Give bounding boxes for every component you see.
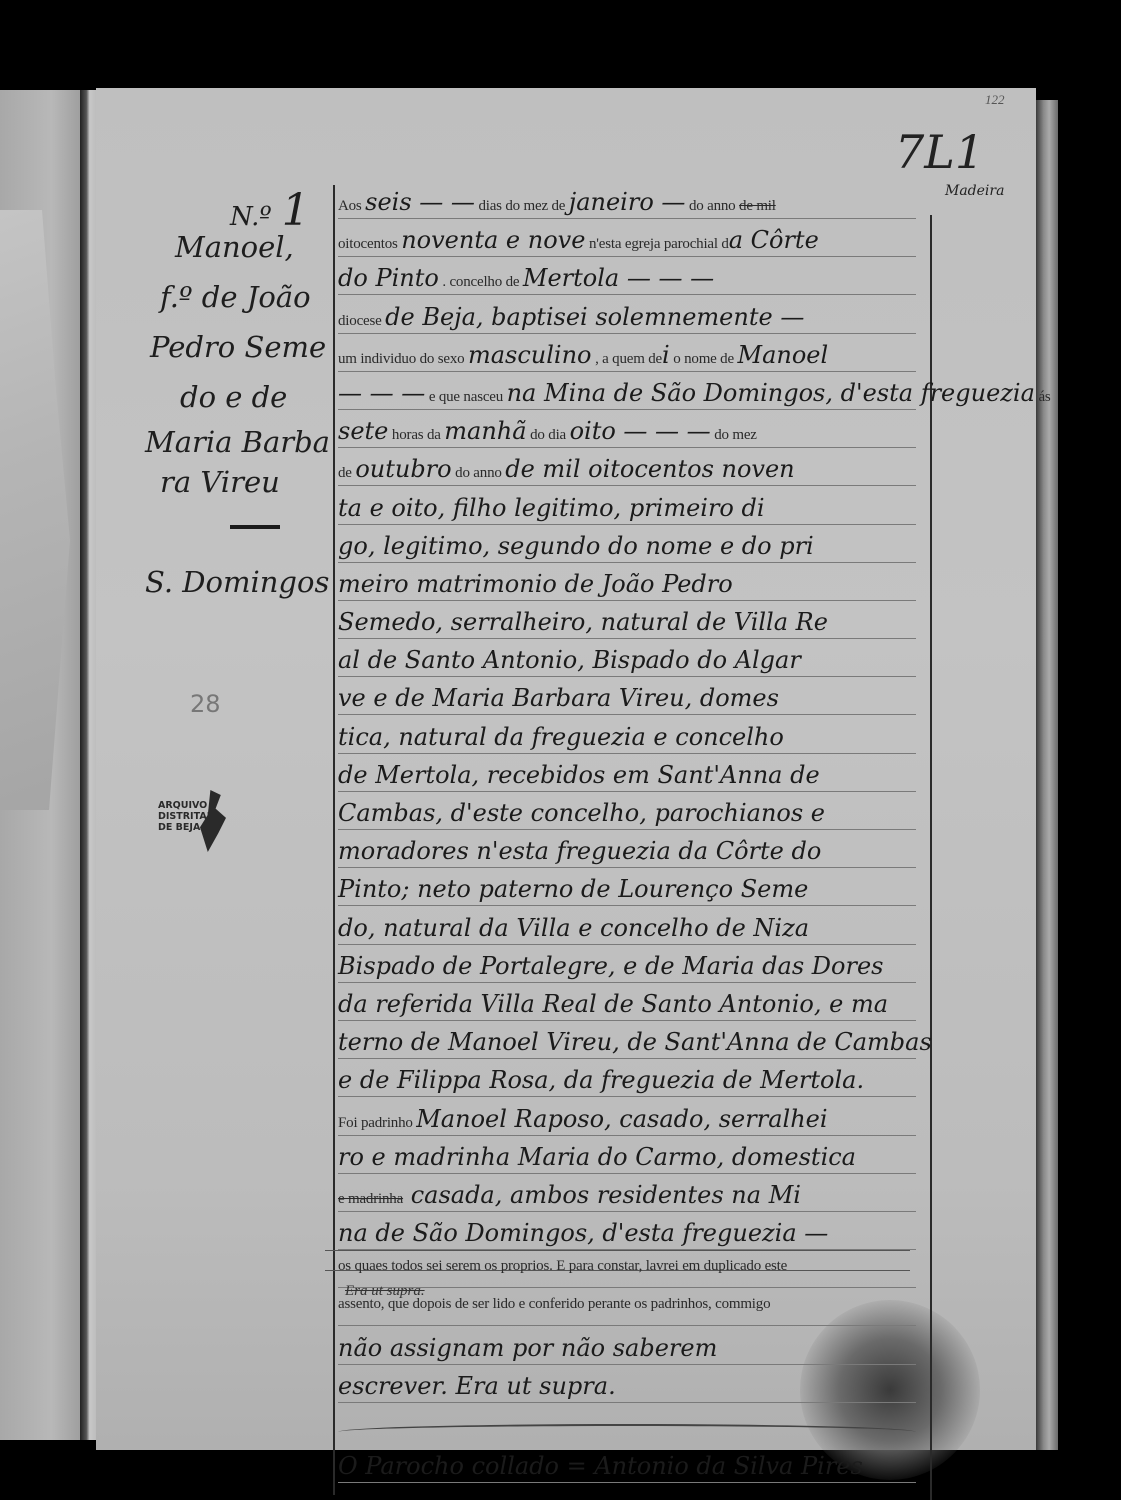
entry-line: oitocentos noventa e nove n'esta egreja … (338, 226, 916, 257)
printed-text: do anno (685, 198, 739, 214)
entry-line: Semedo, serralheiro, natural de Villa Re (338, 608, 916, 639)
printed-text: horas da (388, 427, 444, 443)
handwritten-text: ro e madrinha Maria do Carmo, domestica (338, 1143, 856, 1171)
printed-text: ás (1035, 389, 1051, 405)
handwritten-text: de mil oitocentos noven (505, 455, 794, 483)
entry-line: al de Santo Antonio, Bispado do Algar (338, 646, 916, 677)
printed-text: e que nasceu (425, 389, 506, 405)
entry-line: na de São Domingos, d'esta freguezia — (338, 1219, 916, 1250)
handwritten-text: do, natural da Villa e concelho de Niza (338, 914, 809, 942)
corner-initials: 7L1 (895, 125, 984, 179)
entry-line: moradores n'esta freguezia da Côrte do (338, 837, 916, 868)
printed-text: do anno (452, 465, 506, 481)
handwritten-text: da referida Villa Real de Santo Antonio,… (338, 990, 888, 1018)
entry-line: terno de Manoel Vireu, de Sant'Anna de C… (338, 1028, 916, 1059)
handwritten-text: na Mina de São Domingos, d'esta freguezi… (507, 379, 1035, 407)
printed-text: dias do mez de (475, 198, 569, 214)
margin-name-line: f.º de João (160, 280, 311, 314)
entry-number-label: N.º (230, 202, 272, 232)
handwritten-text: al de Santo Antonio, Bispado do Algar (338, 646, 801, 674)
entry-line: Aos seis — — dias do mez de janeiro — do… (338, 188, 916, 219)
handwritten-text: manhã (444, 417, 526, 445)
entry-line: não assignam por não saberem (338, 1334, 916, 1365)
printed-text: os quaes todos sei serem os proprios. E … (338, 1258, 787, 1274)
printed-text: do dia (527, 427, 570, 443)
handwritten-text: Pinto; neto paterno de Lourenço Seme (338, 875, 808, 903)
margin-locality: S. Domingos (145, 565, 329, 599)
printed-text: e madrinha (338, 1191, 403, 1207)
handwritten-text: do Pinto (338, 264, 439, 292)
margin-name-line: ra Vireu (160, 465, 280, 499)
handwritten-text: Semedo, serralheiro, natural de Villa Re (338, 608, 828, 636)
margin-divider (230, 525, 280, 529)
handwritten-text: — — — (338, 379, 425, 407)
printed-text: um individuo do sexo (338, 351, 468, 367)
margin-name-line: Manoel, (175, 230, 294, 264)
entry-line: e madrinha casada, ambos residentes na M… (338, 1181, 916, 1212)
handwritten-text: Manoel Raposo, casado, serralhei (416, 1105, 827, 1133)
printed-text: n'esta egreja parochial d (585, 236, 728, 252)
printed-text: diocese (338, 313, 385, 329)
handwritten-text: de Beja, baptisei solemnemente — (385, 303, 804, 331)
handwritten-text: Mertola — — — (523, 264, 714, 292)
entry-line: sete horas da manhã do dia oito — — — do… (338, 417, 916, 448)
handwritten-text: Bispado de Portalegre, e de Maria das Do… (338, 952, 883, 980)
handwritten-text: casada, ambos residentes na Mi (403, 1181, 801, 1209)
margin-name-line: Maria Barba (145, 425, 330, 459)
margin-name-line: do e de (180, 380, 287, 414)
handwritten-text: a Côrte (729, 226, 819, 254)
parish-priest-signature: O Parocho collado = Antonio da Silva Pir… (338, 1452, 916, 1483)
printed-text: de mil (739, 198, 776, 214)
entry-line: assento, que dopois de ser lido e confer… (338, 1295, 916, 1326)
flourish-line (338, 1410, 916, 1446)
entry-line: Cambas, d'este concelho, parochianos e (338, 799, 916, 830)
entry-line: ve e de Maria Barbara Vireu, domes (338, 684, 916, 715)
entry-line: escrever. Era ut supra. (338, 1372, 916, 1403)
handwritten-text: e de Filippa Rosa, da freguezia de Merto… (338, 1066, 864, 1094)
previous-page-leaf (0, 90, 86, 1440)
handwritten-text: oito — — — (570, 417, 711, 445)
corner-signature-name: Madeira (945, 183, 1004, 199)
entry-line: Foi padrinho Manoel Raposo, casado, serr… (338, 1105, 916, 1136)
handwritten-text: go, legitimo, segundo do nome e do pri (338, 532, 814, 560)
printed-text: , a quem de (592, 351, 663, 367)
handwritten-text: sete (338, 417, 388, 445)
entry-line: meiro matrimonio de João Pedro (338, 570, 916, 601)
handwritten-text: Cambas, d'este concelho, parochianos e (338, 799, 825, 827)
right-column-rule (930, 215, 932, 1500)
entry-line: e de Filippa Rosa, da freguezia de Merto… (338, 1066, 916, 1097)
torn-paper-fragment (0, 210, 70, 810)
printed-text: do mez (711, 427, 757, 443)
entry-number: N.º1 (230, 185, 310, 236)
handwritten-text: de Mertola, recebidos em Sant'Anna de (338, 761, 820, 789)
handwritten-text: escrever. Era ut supra. (338, 1372, 616, 1400)
handwritten-text: i (662, 341, 670, 369)
printed-text: oitocentos (338, 236, 401, 252)
entry-line: go, legitimo, segundo do nome e do pri (338, 532, 916, 563)
margin-name-line: Pedro Seme (150, 330, 326, 364)
printed-text: o nome de (670, 351, 738, 367)
entry-line: ro e madrinha Maria do Carmo, domestica (338, 1143, 916, 1174)
margin-column-rule (333, 185, 335, 1495)
entry-line: do Pinto . concelho de Mertola — — — (338, 264, 916, 295)
handwritten-text: outubro (355, 455, 451, 483)
folio-number: 122 (985, 92, 1005, 108)
entry-line: Pinto; neto paterno de Lourenço Seme (338, 875, 916, 906)
entry-line: de Mertola, recebidos em Sant'Anna de (338, 761, 916, 792)
handwritten-text: na de São Domingos, d'esta freguezia — (338, 1219, 828, 1247)
handwritten-text: janeiro — (569, 188, 686, 216)
era-ut-supra: Era ut supra. (345, 1283, 425, 1300)
handwritten-text: moradores n'esta freguezia da Côrte do (338, 837, 821, 865)
handwritten-text: terno de Manoel Vireu, de Sant'Anna de C… (338, 1028, 932, 1056)
entry-line: Bispado de Portalegre, e de Maria das Do… (338, 952, 916, 983)
entry-line: um individuo do sexo masculino , a quem … (338, 341, 916, 372)
entry-line: do, natural da Villa e concelho de Niza (338, 914, 916, 945)
handwritten-text: noventa e nove (401, 226, 585, 254)
handwritten-text: Manoel (738, 341, 829, 369)
entry-line: tica, natural da freguezia e concelho (338, 723, 916, 754)
entry-line: — — — e que nasceu na Mina de São Doming… (338, 379, 916, 410)
entry-line: ta e oito, filho legitimo, primeiro di (338, 494, 916, 525)
archive-stamp: ARQUIVO DISTRITAL DE BEJA (158, 800, 228, 864)
page-edge (1036, 100, 1058, 1450)
entry-line: diocese de Beja, baptisei solemnemente — (338, 303, 916, 334)
printed-text: Foi padrinho (338, 1115, 416, 1131)
printed-text: Aos (338, 198, 365, 214)
entry-line: de outubro do anno de mil oitocentos nov… (338, 455, 916, 486)
handwritten-text: ta e oito, filho legitimo, primeiro di (338, 494, 765, 522)
book-spine (80, 90, 96, 1440)
printed-text: de (338, 465, 355, 481)
entry-number-value: 1 (282, 185, 310, 236)
handwritten-text: meiro matrimonio de João Pedro (338, 570, 733, 598)
printed-text: . concelho de (439, 274, 523, 290)
handwritten-text: masculino (468, 341, 592, 369)
pencil-number: 28 (190, 690, 221, 718)
signature-text: O Parocho collado = Antonio da Silva Pir… (338, 1452, 863, 1480)
handwritten-text: tica, natural da freguezia e concelho (338, 723, 784, 751)
handwritten-text: não assignam por não saberem (338, 1334, 717, 1362)
handwritten-text: ve e de Maria Barbara Vireu, domes (338, 684, 779, 712)
entry-line: da referida Villa Real de Santo Antonio,… (338, 990, 916, 1021)
handwritten-text: seis — — (365, 188, 475, 216)
